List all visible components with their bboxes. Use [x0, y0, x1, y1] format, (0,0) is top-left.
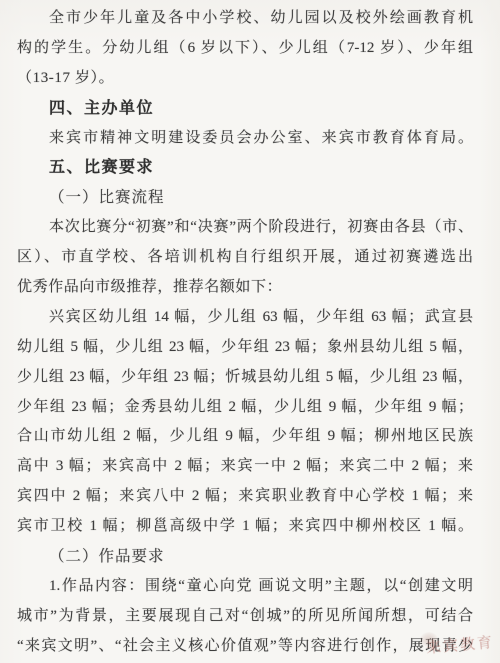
document-line: 少年组 23 幅；金秀县幼儿组 2 幅，少儿组 9 幅，少年组 9 幅；: [17, 393, 473, 423]
document-line: 高中 3 幅；来宾高中 2 幅；来宾一中 2 幅；来宾二中 2 幅；来: [17, 452, 473, 482]
document-line: 合山市幼儿组 2 幅，少儿组 9 幅，少年组 9 幅；柳州地区民族: [17, 422, 473, 452]
document-line: 四、主办单位: [17, 94, 473, 124]
document-line: 宾市卫校 1 幅；柳邕高级中学 1 幅；来宾四中柳州校区 1 幅。: [17, 512, 473, 542]
document-lines: 全市少年儿童及各中小学校、幼儿园以及校外绘画教育机构的学生。分幼儿组（6 岁以下…: [17, 4, 473, 662]
document-line: （一）比赛流程: [17, 183, 473, 213]
document-line: 少儿组 23 幅，少年组 23 幅；忻城县幼儿组 5 幅，少儿组 23 幅，: [17, 363, 473, 393]
document-line: （二）作品要求: [17, 542, 473, 572]
document-line: 幼儿组 5 幅，少儿组 23 幅，少年组 23 幅；象州县幼儿组 5 幅，: [17, 333, 473, 363]
document-line: 宾四中 2 幅；来宾八中 2 幅；来宾职业教育中心学校 1 幅；来: [17, 482, 473, 512]
document-line: 五、比赛要求: [17, 153, 473, 183]
document-page: 全市少年儿童及各中小学校、幼儿园以及校外绘画教育机构的学生。分幼儿组（6 岁以下…: [0, 0, 500, 663]
document-line: “来宾文明”、“社会主义核心价值观”等内容进行创作，展现青少: [17, 632, 473, 662]
document-line: 全市少年儿童及各中小学校、幼儿园以及校外绘画教育机: [17, 4, 473, 34]
document-line: 本次比赛分“初赛”和“决赛”两个阶段进行，初赛由各县（市、: [17, 213, 473, 243]
document-line: 城市”为背景，主要展现自己对“创城”的所见所闻所想，可结合: [17, 602, 473, 632]
document-line: 优秀作品向市级推荐，推荐名额如下：: [17, 273, 473, 303]
document-line: 区）、市直学校、各培训机构自行组织开展，通过初赛遴选出: [17, 243, 473, 273]
document-line: 1.作品内容：围绕“童心向党 画说文明”主题，以“创建文明: [17, 572, 473, 602]
document-line: 构的学生。分幼儿组（6 岁以下）、少儿组（7-12 岁）、少年组: [17, 34, 473, 64]
document-line: 来宾市精神文明建设委员会办公室、来宾市教育体育局。: [17, 124, 473, 154]
document-line: 兴宾区幼儿组 14 幅，少儿组 63 幅，少年组 63 幅；武宣县: [17, 303, 473, 333]
document-line: （13-17 岁）。: [17, 64, 473, 94]
